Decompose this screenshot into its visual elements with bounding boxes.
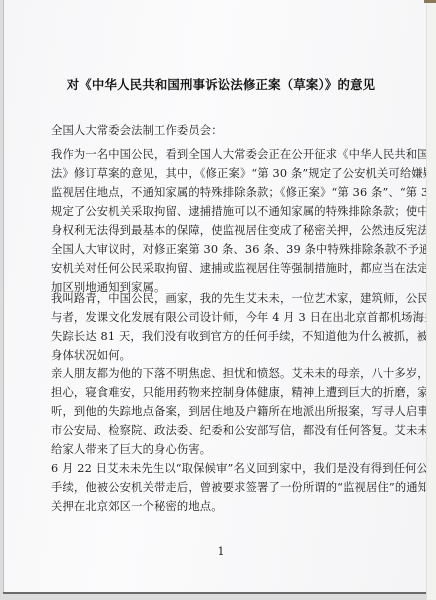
text-line: 安机关对任何公民采取拘留、逮捕或监视居住等强制措施时，都应当在法定时间内不 [51,259,391,278]
paragraph-2: 我叫路青，中国公民，画家，我的先生艾未未，一位艺术家，建筑师，公民社会的参 与者… [51,289,391,365]
text-line: 手续，他被公安机关带走后，曾被要求签署了一份所谓的“监视居住”的通知书，被 [51,478,391,497]
salutation-text: 全国人大常委会法制工作委员会： [51,121,391,140]
text-line: 我作为一名中国公民，看到全国人大常委会正在公开征求《中华人民共和国刑事诉讼 [51,145,391,164]
salutation: 全国人大常委会法制工作委员会： [51,121,391,140]
text-line: 身体状况如何。 [51,346,391,365]
scanned-page: 对《中华人民共和国刑事诉讼法修正案（草案）》的意见 全国人大常委会法制工作委员会… [3,0,426,594]
text-line: 监视居住地点，不通知家属的特殊排除条款；《修正案》“第 36 条”、“第 39 … [51,183,391,202]
text-line: 失踪长达 81 天，我们没有收到官方的任何手续，不知道他为什么被抓，被关在哪里， [51,327,391,346]
text-line: 我叫路青，中国公民，画家，我的先生艾未未，一位艺术家，建筑师，公民社会的参 [51,289,391,308]
text-line: 法》修订草案的意见，其中，《修正案》“第 30 条”规定了公安机关可给嫌疑人指定 [51,164,391,183]
text-line: 市公安局、检察院、政法委、纪委和公安部写信，都没有任何答复。艾未未 81 天失踪 [51,421,391,440]
text-line: 6 月 22 日艾未未先生以“取保候审”名义回到家中，我们是没有得到任何公安机关… [51,459,391,478]
scan-edge-strip [426,0,436,600]
text-line: 身权利无法得到最基本的保障，使监视居住变成了秘密关押，公然违反宪法。我要求 [51,221,391,240]
document-title: 对《中华人民共和国刑事诉讼法修正案（草案）》的意见 [3,75,436,93]
paragraph-3: 亲人朋友都为他的下落不明焦虑、担忧和愤怒。艾未未的母亲，八十多岁，为此日夜 担心… [51,364,391,459]
paragraph-1: 我作为一名中国公民，看到全国人大常委会正在公开征求《中华人民共和国刑事诉讼 法》… [51,145,391,297]
paragraph-4: 6 月 22 日艾未未先生以“取保候审”名义回到家中，我们是没有得到任何公安机关… [51,459,391,516]
text-line: 关押在北京郊区一个秘密的地点。 [51,497,391,516]
text-line: 给家人带来了巨大的身心伤害。 [51,440,391,459]
text-line: 听，到他的失踪地点备案，到居住地及户籍所在地派出所报案，写寻人启事，向北京 [51,402,391,421]
text-line: 担心，寝食难安，只能用药物来控制身体健康，精神上遭到巨大的折磨，家人四处打 [51,383,391,402]
text-line: 与者，发课文化发展有限公司设计师，今年 4 月 3 日在出北京首都机场海关时被带… [51,308,391,327]
text-line: 亲人朋友都为他的下落不明焦虑、担忧和愤怒。艾未未的母亲，八十多岁，为此日夜 [51,364,391,383]
text-line: 规定了公安机关采取拘留、逮捕措施可以不通知家属的特殊排除条款；使中国公民人 [51,202,391,221]
text-line: 全国人大审议时，对修正案第 30 条、36 条、39 条中特殊排除条款不予通过，… [51,240,391,259]
scan-edge-mark [424,0,436,3]
page-number: 1 [3,545,436,558]
